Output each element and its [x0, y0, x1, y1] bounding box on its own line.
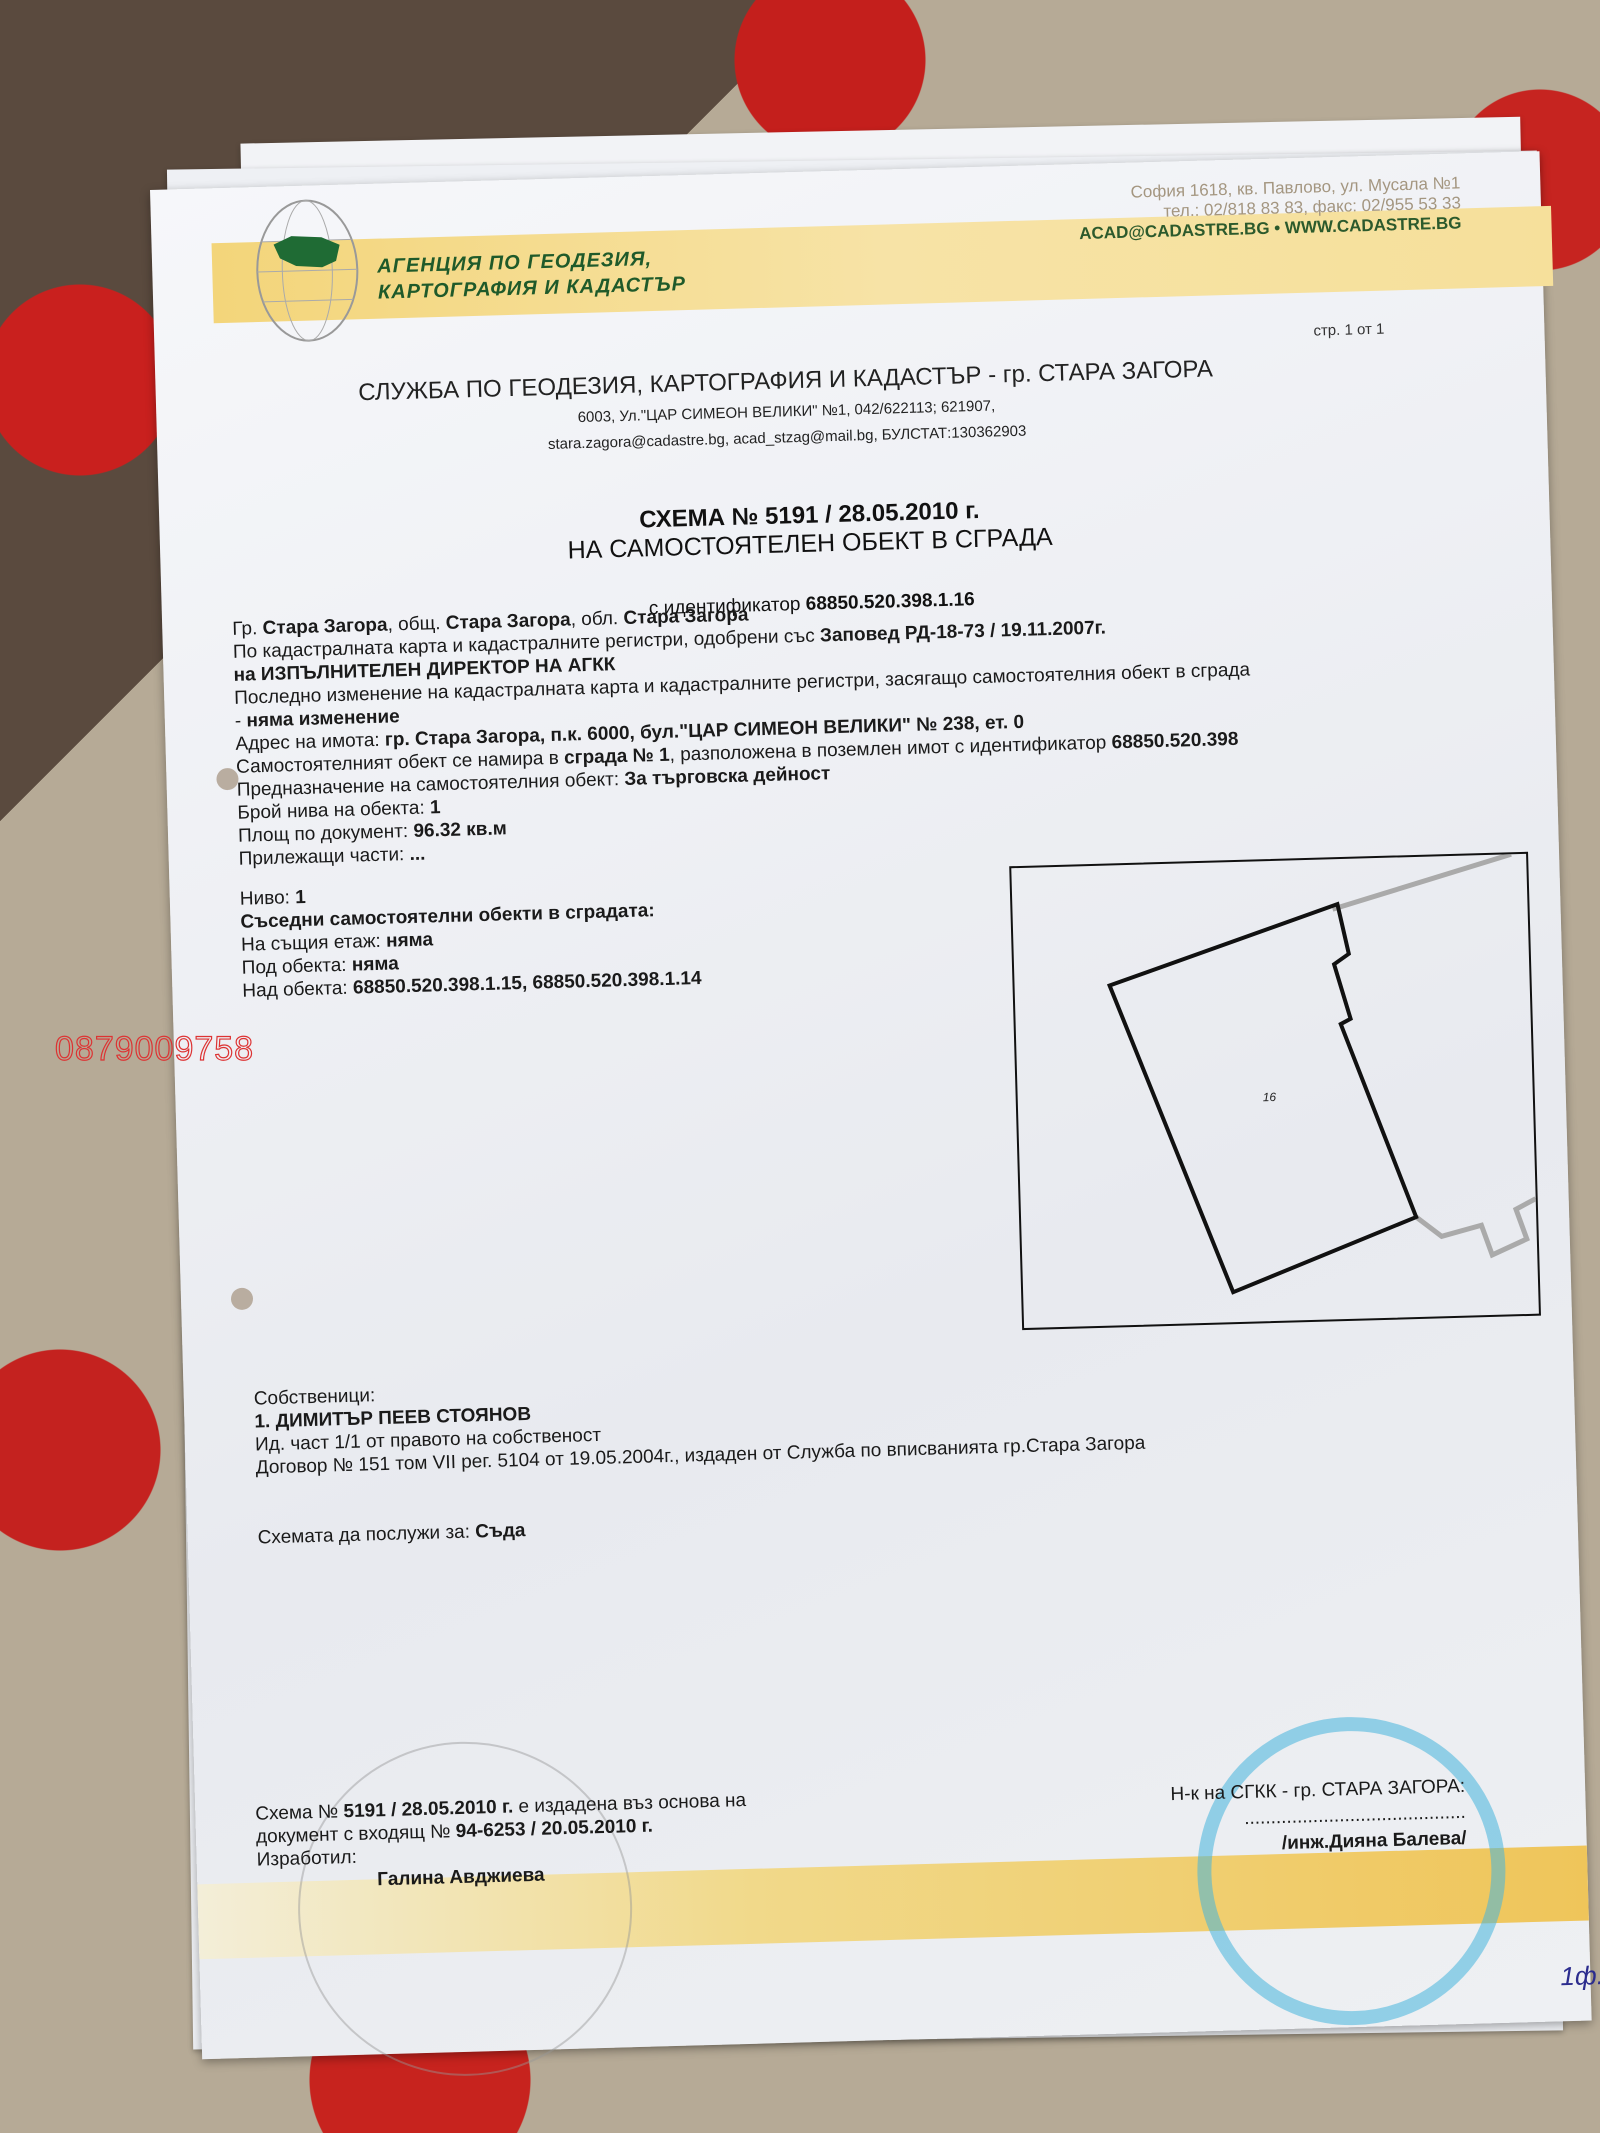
property-details: Гр. Стара Загора, общ. Стара Загора, обл…: [232, 589, 1259, 870]
issuance-info: Схема № 5191 / 28.05.2010 г. е издадена …: [255, 1789, 748, 1895]
official-stamp-icon: [1193, 1713, 1509, 2029]
neighbors-section: Ниво: 1 Съседни самостоятелни обекти в с…: [240, 875, 702, 1003]
agency-contact: София 1618, кв. Павлово, ул. Мусала №1 т…: [1078, 173, 1462, 244]
office-header: СЛУЖБА ПО ГЕОДЕЗИЯ, КАРТОГРАФИЯ И КАДАСТ…: [305, 354, 1267, 461]
agency-name: АГЕНЦИЯ ПО ГЕОДЕЗИЯ, КАРТОГРАФИЯ И КАДАС…: [377, 245, 686, 306]
floor-plan-drawing: 16: [1011, 854, 1539, 1328]
unit-label: 16: [1263, 1090, 1277, 1104]
handwritten-initials: 1ф.: [1560, 1960, 1600, 1992]
owners-section: Собственици: 1. ДИМИТЪР ПЕЕВ СТОЯНОВ Ид.…: [253, 1363, 1145, 1480]
head-signature-block: Н-к на СГКК - гр. СТАРА ЗАГОРА: ........…: [1065, 1774, 1467, 1863]
scheme-purpose: Схемата да послужи за: Съда: [257, 1520, 525, 1549]
watermark-globe-icon: [294, 1737, 637, 2080]
globe-logo-icon: [250, 194, 364, 347]
page-number: стр. 1 от 1: [1313, 321, 1384, 340]
punch-hole: [231, 1288, 254, 1311]
floor-plan-scheme: 16: [1009, 852, 1541, 1330]
document-sheet: АГЕНЦИЯ ПО ГЕОДЕЗИЯ, КАРТОГРАФИЯ И КАДАС…: [150, 151, 1592, 2059]
phone-watermark: 0879009758: [55, 1030, 254, 1069]
